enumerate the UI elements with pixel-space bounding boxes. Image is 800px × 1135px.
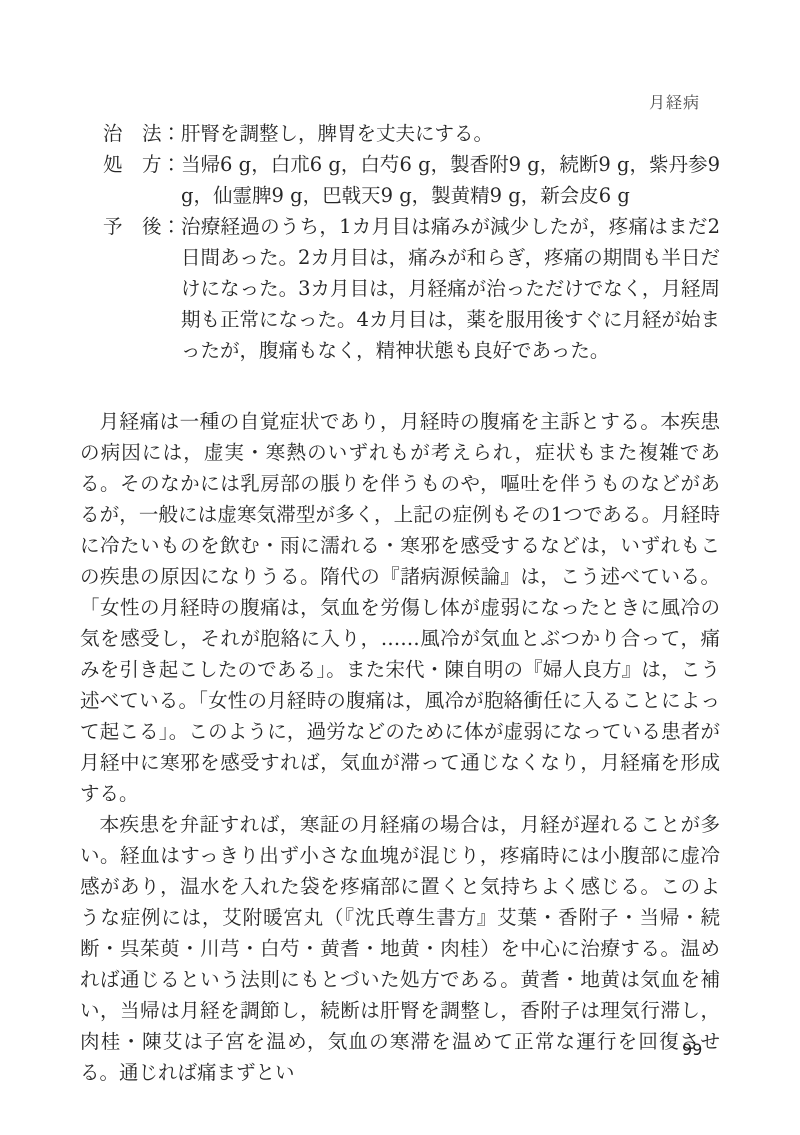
commentary-paragraph-1: 月経痛は一種の自覚症状であり，月経時の腹痛を主訴とする。本疾患の病因には，虚実・…	[80, 406, 720, 809]
case-record-section: 治 法： 肝腎を調整し，脾胃を丈夫にする。 処 方： 当帰6 g，白朮6 g，白…	[103, 118, 720, 366]
case-field-value-treatment: 肝腎を調整し，脾胃を丈夫にする。	[181, 118, 720, 149]
running-head: 月経病	[649, 90, 700, 113]
case-field-value-prescription: 当帰6 g，白朮6 g，白芍6 g，製香附9 g，続断9 g，紫丹参9 g，仙霊…	[181, 149, 720, 211]
case-record-row-prognosis: 予 後： 治療経過のうち，1カ月目は痛みが減少したが，疼痛はまだ2日間あった。2…	[103, 211, 720, 366]
case-record-row-prescription: 処 方： 当帰6 g，白朮6 g，白芍6 g，製香附9 g，続断9 g，紫丹参9…	[103, 149, 720, 211]
case-field-value-prognosis: 治療経過のうち，1カ月目は痛みが減少したが，疼痛はまだ2日間あった。2カ月目は，…	[181, 211, 720, 366]
case-field-label-treatment: 治 法：	[103, 118, 181, 149]
case-field-label-prognosis: 予 後：	[103, 211, 181, 242]
page-number: 99	[682, 1040, 702, 1059]
commentary-paragraph-2: 本疾患を弁証すれば，寒証の月経痛の場合は，月経が遅れることが多い。経血はすっきり…	[80, 809, 720, 1088]
book-page: 月経病 治 法： 肝腎を調整し，脾胃を丈夫にする。 処 方： 当帰6 g，白朮6…	[0, 0, 800, 1135]
case-field-label-prescription: 処 方：	[103, 149, 181, 180]
case-record-row-treatment: 治 法： 肝腎を調整し，脾胃を丈夫にする。	[103, 118, 720, 149]
page-content: 治 法： 肝腎を調整し，脾胃を丈夫にする。 処 方： 当帰6 g，白朮6 g，白…	[80, 118, 720, 1088]
commentary-section: 月経痛は一種の自覚症状であり，月経時の腹痛を主訴とする。本疾患の病因には，虚実・…	[80, 406, 720, 1088]
